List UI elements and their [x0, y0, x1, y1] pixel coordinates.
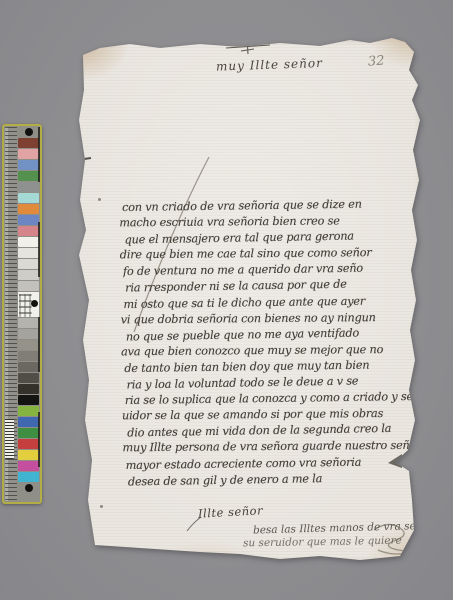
manuscript-page: muy Illte señor 32 con vn criado de vra … [58, 30, 426, 570]
color-patch [18, 182, 39, 192]
folio-number: 32 [367, 53, 385, 69]
letter-body: con vn criado de vra señoria que se dize… [122, 196, 418, 490]
color-patch-column [18, 127, 39, 501]
registration-dot-middle [31, 300, 38, 307]
registration-dot-top [25, 128, 33, 136]
grayscale-patch [18, 340, 39, 350]
grayscale-patch [18, 270, 39, 280]
photo-background: muy Illte señor 32 con vn criado de vra … [0, 0, 453, 600]
grayscale-patch [18, 362, 39, 372]
body-line: dire que bien me cae tal sino que como s… [120, 245, 412, 264]
color-patch [18, 160, 39, 170]
ruler-ticks [5, 127, 17, 501]
grayscale-patch [18, 248, 39, 258]
cross-mark [226, 38, 270, 54]
stitch-mark [66, 514, 76, 517]
color-patch [18, 204, 39, 214]
color-patch [18, 472, 39, 482]
color-calibration-bar [2, 124, 42, 504]
color-patch [18, 450, 39, 460]
letter-heading: muy Illte señor [216, 54, 366, 73]
grayscale-patch [18, 351, 39, 361]
signature-line-2: su seruidor que mas le quiere [243, 535, 402, 550]
grayscale-patch [18, 318, 39, 328]
grayscale-patch [18, 259, 39, 269]
color-patch [18, 461, 39, 471]
grayscale-patch [18, 384, 39, 394]
color-patch [18, 138, 39, 148]
registration-dot-bottom [25, 484, 33, 492]
color-patch [18, 226, 39, 236]
color-patch [18, 215, 39, 225]
color-patch [18, 417, 39, 427]
body-line: muy Illte persona de vra señora guarde n… [122, 438, 414, 457]
body-line: ava que bien conozco que muy se mejor qu… [121, 342, 413, 361]
color-patch [18, 406, 39, 416]
color-patch [18, 428, 39, 438]
stitch-mark [77, 157, 91, 161]
ink-speck [98, 198, 101, 201]
registration-dashes [38, 127, 40, 501]
grayscale-patch [18, 373, 39, 383]
manuscript-paper: muy Illte señor 32 con vn criado de vra … [58, 30, 426, 570]
color-patch [18, 193, 39, 203]
color-patch [18, 439, 39, 449]
letter-closing: Illte señor [198, 503, 264, 520]
ink-speck [100, 505, 103, 508]
grayscale-patch [18, 281, 39, 291]
signature-line-1: besa las Illtes manos de vra señoria [253, 520, 444, 537]
color-patch [18, 171, 39, 181]
density-table-label [18, 292, 39, 317]
grayscale-patch [18, 237, 39, 247]
barcode-label [5, 419, 14, 459]
grayscale-patch [18, 395, 39, 405]
grayscale-patch [18, 329, 39, 339]
color-patch [18, 149, 39, 159]
